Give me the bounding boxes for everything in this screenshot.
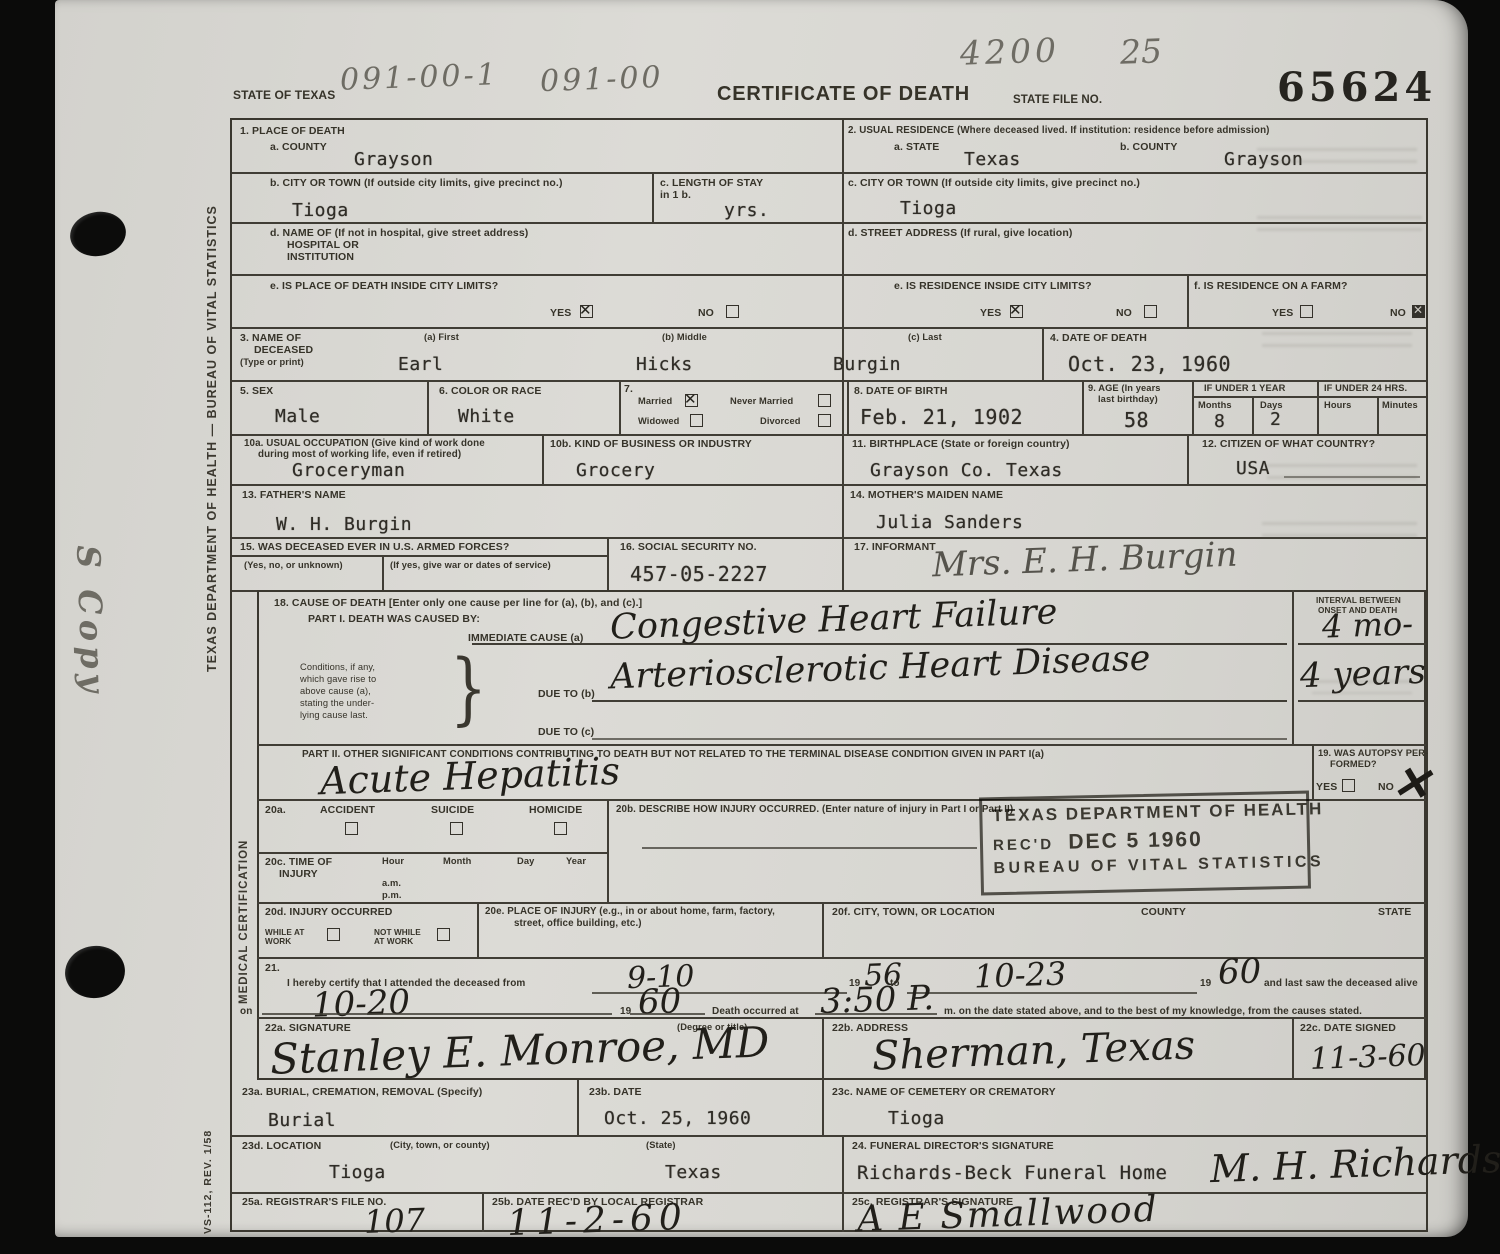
industry-label: 10b. KIND OF BUSINESS OR INDUSTRY (550, 438, 752, 451)
married-label: Married (638, 396, 672, 407)
occupation-label-2: during most of working life, even if ret… (258, 449, 461, 461)
time-of-death: 3:50 P. (819, 978, 934, 1022)
county-of-death-value: Grayson (354, 151, 433, 169)
date-of-death-label: 4. DATE OF DEATH (1050, 332, 1147, 345)
last-seen-year: 60 (637, 981, 682, 1022)
funeral-home-value: Richards-Beck Funeral Home (857, 1164, 1167, 1183)
burial-label: 23a. BURIAL, CREMATION, REMOVAL (Specify… (242, 1086, 482, 1099)
part1-label: PART I. DEATH WAS CAUSED BY: (308, 613, 480, 626)
occupation-value: Groceryman (292, 462, 405, 480)
widowed-checkbox (690, 414, 703, 427)
sex-label: 5. SEX (240, 385, 273, 398)
day-label: Day (517, 856, 534, 867)
residence-limits-yes: YES (980, 307, 1001, 320)
burial-location-label: 23d. LOCATION (242, 1140, 321, 1153)
cause-of-death-label: 18. CAUSE OF DEATH [Enter only one cause… (274, 597, 642, 610)
funeral-director-signature: M. H. Richards (1209, 1137, 1500, 1191)
usual-residence-label: 2. USUAL RESIDENCE (Where deceased lived… (848, 125, 1270, 137)
not-while-at-work-label-2: AT WORK (374, 937, 413, 947)
length-of-stay-label: c. LENGTH OF STAY (660, 177, 763, 190)
burial-date-label: 23b. DATE (589, 1086, 642, 1099)
checked-mark: ✕ (1413, 303, 1423, 317)
armed-forces-sub1: (Yes, no, or unknown) (244, 560, 343, 571)
type-or-print-label: (Type or print) (240, 357, 304, 368)
street-address-label: d. STREET ADDRESS (If rural, give locati… (848, 227, 1072, 240)
under-1-year-header: IF UNDER 1 YEAR (1204, 383, 1285, 394)
hour-label: Hour (382, 856, 404, 867)
age-value: 58 (1124, 410, 1149, 430)
burial-value: Burial (268, 1112, 336, 1130)
city-of-death-value: Tioga (292, 202, 349, 220)
certificate-title: CERTIFICATE OF DEATH (717, 82, 970, 106)
certify-row-num: 21. (265, 962, 280, 975)
date-signed-value: 11-3-60 (1309, 1038, 1426, 1077)
residence-limits-no: NO (1116, 307, 1132, 320)
certify-text-4: m. on the date stated above, and to the … (944, 1006, 1362, 1018)
name-of-deceased-label: 3. NAME OF (240, 332, 301, 345)
father-name-label: 13. FATHER'S NAME (242, 489, 346, 502)
stamp-date: DEC 5 1960 (1068, 828, 1203, 854)
burial-date-value: Oct. 25, 1960 (604, 1110, 751, 1128)
autopsy-yes: YES (1316, 781, 1337, 794)
farm-yes-checkbox (1300, 305, 1313, 318)
death-limits-no-checkbox (726, 305, 739, 318)
divorced-label: Divorced (760, 416, 801, 427)
bleed-through-smudge (1257, 148, 1417, 164)
race-value: White (458, 408, 515, 426)
punch-hole-bottom (62, 942, 129, 1002)
ssn-value: 457-05-2227 (630, 564, 768, 584)
while-at-work-checkbox (327, 928, 340, 941)
homicide-label: HOMICIDE (529, 804, 582, 817)
industry-value: Grocery (576, 462, 655, 480)
never-married-checkbox (818, 394, 831, 407)
death-limits-yes: YES (550, 307, 571, 320)
pencil-top-1: 4200 (959, 30, 1060, 72)
autopsy-label-2: FORMED? (1330, 759, 1377, 770)
mother-name-label: 14. MOTHER'S MAIDEN NAME (850, 489, 1003, 502)
certificate-form: 1. PLACE OF DEATH a. COUNTY Grayson 2. U… (230, 118, 1428, 1232)
hospital-label: d. NAME OF (If not in hospital, give str… (270, 227, 528, 240)
residence-state-value: Texas (964, 151, 1021, 169)
date-of-death-value: Oct. 23, 1960 (1068, 354, 1231, 374)
registrar-file-no-value: 107 (363, 1201, 425, 1241)
funeral-director-label: 24. FUNERAL DIRECTOR'S SIGNATURE (852, 1140, 1054, 1153)
received-stamp: TEXAS DEPARTMENT OF HEALTH REC'D DEC 5 1… (979, 791, 1311, 896)
length-of-stay-sub: in 1 b. (660, 189, 691, 202)
burial-location-sub2: (State) (646, 1140, 676, 1151)
months-value: 8 (1214, 413, 1225, 431)
handwritten-copy-note: S Copy (69, 544, 115, 775)
interval-a-handwritten: 4 mo- (1321, 604, 1413, 645)
middle-name-value: Hicks (636, 356, 693, 374)
age-label-2: last birthday) (1098, 394, 1158, 405)
residence-city-label: c. CITY OR TOWN (If outside city limits,… (848, 177, 1140, 190)
autopsy-no-mark: ✕ (1389, 754, 1433, 812)
father-name-value: W. H. Burgin (276, 516, 412, 534)
date-of-birth-label: 8. DATE OF BIRTH (854, 385, 948, 398)
county-of-death-label: a. COUNTY (270, 141, 327, 154)
pencil-top-2: 25 (1119, 31, 1162, 71)
farm-no-checkbox: ✕ (1412, 305, 1425, 318)
form-number-label: VS-112, REV. 1/58 (202, 1092, 214, 1234)
state-file-no-label: STATE FILE NO. (1013, 94, 1102, 108)
year-prefix-3: 19 (620, 1006, 631, 1018)
first-name-value: Earl (398, 356, 443, 374)
checked-mark: ✕ (1009, 301, 1022, 319)
due-to-b-label: DUE TO (b) (538, 688, 595, 701)
birthplace-value: Grayson Co. Texas (870, 462, 1063, 480)
name-of-deceased-label-2: DECEASED (254, 344, 313, 357)
age-label: 9. AGE (In years (1088, 383, 1161, 394)
burial-city-value: Tioga (329, 1164, 386, 1182)
armed-forces-label: 15. WAS DECEASED EVER IN U.S. ARMED FORC… (240, 541, 509, 554)
injury-county-label: COUNTY (1141, 906, 1186, 919)
place-of-injury-label: 20e. PLACE OF INJURY (e.g., in or about … (485, 906, 775, 918)
suicide-label: SUICIDE (431, 804, 474, 817)
armed-forces-sub2: (If yes, give war or dates of service) (390, 560, 551, 571)
attended-to-date: 10-23 (973, 954, 1067, 995)
last-seen-date: 10-20 (311, 982, 410, 1025)
month-label: Month (443, 856, 471, 867)
conditions-note-5: lying cause last. (300, 710, 368, 721)
cemetery-value: Tioga (888, 1110, 945, 1128)
year-prefix-2: 19 (1200, 978, 1211, 990)
injury-occurred-label: 20d. INJURY OCCURRED (265, 906, 392, 919)
place-of-injury-label-2: street, office building, etc.) (514, 918, 642, 930)
stamp-line-3: BUREAU OF VITAL STATISTICS (993, 854, 1297, 878)
state-of-texas-label: STATE OF TEXAS (233, 88, 335, 102)
residence-farm-label: f. IS RESIDENCE ON A FARM? (1194, 280, 1348, 293)
pm-label: p.m. (382, 890, 402, 901)
on-word: on (240, 1006, 252, 1018)
residence-limits-yes-checkbox: ✕ (1010, 305, 1023, 318)
death-city-limits-label: e. IS PLACE OF DEATH INSIDE CITY LIMITS? (270, 280, 498, 293)
certify-text-2: and last saw the deceased alive (1264, 978, 1418, 990)
accident-row-num: 20a. (265, 804, 286, 817)
bleed-through-smudge (1267, 464, 1417, 479)
date-of-birth-value: Feb. 21, 1902 (860, 407, 1023, 427)
minutes-label: Minutes (1382, 400, 1418, 411)
last-name-label: (c) Last (908, 332, 942, 343)
bleed-through-smudge (1262, 522, 1417, 537)
conditions-note-2: which gave rise to (300, 674, 376, 685)
ssn-label: 16. SOCIAL SECURITY NO. (620, 541, 757, 554)
conditions-brace: } (450, 642, 487, 734)
hospital-label-2: HOSPITAL OR (287, 239, 359, 252)
time-of-injury-label: 20c. TIME OF (265, 856, 332, 869)
agency-sidebar-label: TEXAS DEPARTMENT OF HEALTH — BUREAU OF V… (205, 272, 219, 672)
length-of-stay-value: yrs. (724, 202, 769, 220)
widowed-label: Widowed (638, 416, 679, 427)
punch-hole-top (67, 207, 130, 260)
date-signed-label: 22c. DATE SIGNED (1300, 1022, 1396, 1035)
residence-city-value: Tioga (900, 200, 957, 218)
state-file-number: 65624 (1277, 64, 1436, 111)
injury-state-label: STATE (1378, 906, 1411, 919)
conditions-note-4: stating the under- (300, 698, 374, 709)
pencil-code-1: 091-00-1 (339, 57, 499, 98)
sex-value: Male (275, 408, 320, 426)
never-married-label: Never Married (730, 396, 793, 407)
checked-mark: ✕ (579, 301, 592, 319)
due-to-c-label: DUE TO (c) (538, 726, 594, 739)
residence-limits-no-checkbox (1144, 305, 1157, 318)
stamp-line-1: TEXAS DEPARTMENT OF HEALTH (992, 800, 1296, 826)
residence-state-label: a. STATE (894, 141, 939, 154)
bleed-through-smudge (1312, 680, 1412, 694)
first-name-label: (a) First (424, 332, 459, 343)
not-while-at-work-checkbox (437, 928, 450, 941)
homicide-checkbox (554, 822, 567, 835)
certificate-paper: S Copy TEXAS DEPARTMENT OF HEALTH — BURE… (55, 0, 1468, 1237)
am-label: a.m. (382, 878, 401, 889)
middle-name-label: (b) Middle (662, 332, 707, 343)
conditions-note-1: Conditions, if any, (300, 662, 375, 673)
occupation-label: 10a. USUAL OCCUPATION (Give kind of work… (244, 438, 485, 450)
death-limits-yes-checkbox: ✕ (580, 305, 593, 318)
marital-label: 7. (624, 383, 633, 396)
cemetery-label: 23c. NAME OF CEMETERY OR CREMATORY (832, 1086, 1056, 1099)
bleed-through-smudge (1262, 332, 1412, 347)
suicide-checkbox (450, 822, 463, 835)
stamp-line-2: REC'D DEC 5 1960 (993, 826, 1297, 856)
city-of-death-label: b. CITY OR TOWN (If outside city limits,… (270, 177, 563, 190)
farm-yes: YES (1272, 307, 1293, 320)
stamp-recd: REC'D (993, 836, 1054, 854)
divorced-checkbox (818, 414, 831, 427)
mother-name-value: Julia Sanders (876, 514, 1023, 532)
death-limits-no: NO (698, 307, 714, 320)
conditions-note-3: above cause (a), (300, 686, 371, 697)
hours-label: Hours (1324, 400, 1351, 411)
days-value: 2 (1270, 411, 1281, 429)
burial-state-value: Texas (665, 1164, 722, 1182)
checked-mark: ✕ (684, 390, 697, 408)
informant-signature: Mrs. E. H. Burgin (931, 535, 1238, 586)
death-occurred-label: Death occurred at (712, 1006, 799, 1018)
describe-injury-label: 20b. DESCRIBE HOW INJURY OCCURRED. (Ente… (616, 804, 1013, 816)
informant-label: 17. INFORMANT (854, 541, 936, 554)
date-received-value: 11-2-60 (506, 1197, 688, 1244)
scanned-death-certificate: S Copy TEXAS DEPARTMENT OF HEALTH — BURE… (0, 0, 1500, 1254)
race-label: 6. COLOR OR RACE (439, 385, 542, 398)
residence-county-label: b. COUNTY (1120, 141, 1177, 154)
birthplace-label: 11. BIRTHPLACE (State or foreign country… (852, 438, 1070, 451)
while-at-work-label-2: WORK (265, 937, 291, 947)
citizen-value: USA (1236, 460, 1270, 478)
residence-city-limits-label: e. IS RESIDENCE INSIDE CITY LIMITS? (894, 280, 1092, 293)
time-of-injury-label-2: INJURY (279, 868, 318, 881)
citizen-label: 12. CITIZEN OF WHAT COUNTRY? (1202, 438, 1375, 451)
autopsy-yes-checkbox (1342, 779, 1355, 792)
injury-city-label: 20f. CITY, TOWN, OR LOCATION (832, 906, 995, 919)
place-of-death-label: 1. PLACE OF DEATH (240, 125, 345, 138)
pencil-code-2: 091-00 (539, 60, 664, 99)
farm-no: NO (1390, 307, 1406, 320)
accident-label: ACCIDENT (320, 804, 375, 817)
accident-checkbox (345, 822, 358, 835)
married-checkbox: ✕ (685, 394, 698, 407)
burial-location-sub1: (City, town, or county) (390, 1140, 490, 1151)
medical-certification-sidebar: MEDICAL CERTIFICATION (238, 792, 250, 1004)
hospital-label-3: INSTITUTION (287, 251, 354, 264)
bleed-through-smudge (1257, 216, 1422, 232)
months-label: Months (1198, 400, 1232, 411)
year-label: Year (566, 856, 586, 867)
under-24-hrs-header: IF UNDER 24 HRS. (1324, 383, 1407, 394)
attended-to-year: 60 (1217, 951, 1262, 992)
last-name-value: Burgin (833, 356, 901, 374)
